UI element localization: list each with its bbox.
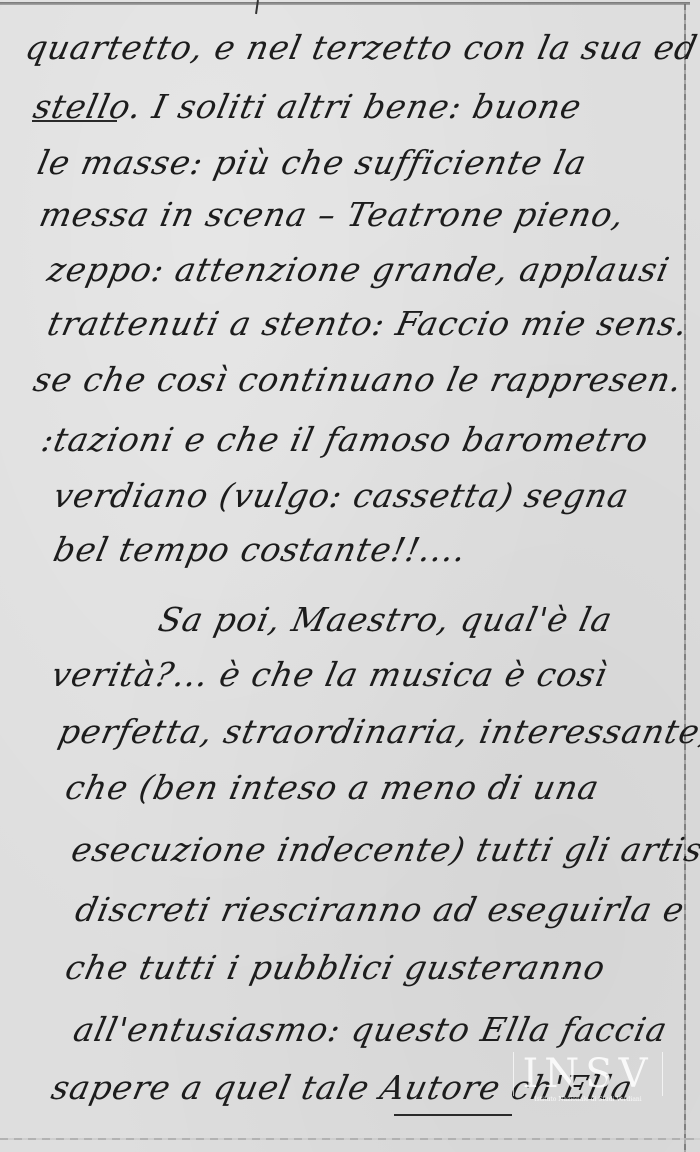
handwritten-line-14: che (ben inteso a meno di una bbox=[62, 768, 603, 807]
underline-autore bbox=[394, 1114, 512, 1116]
handwritten-line-7: se che così continuano le rappresen. bbox=[30, 360, 686, 399]
handwritten-line-18: all'entusiasmo: questo Ella faccia bbox=[70, 1010, 671, 1049]
handwritten-line-16: discreti riesciranno ad eseguirla e bbox=[72, 890, 688, 929]
handwritten-line-8: :tazioni e che il famoso barometro bbox=[38, 420, 652, 459]
underline-stello bbox=[32, 120, 117, 122]
institute-watermark: INSV Istituto Nazionale di Studi Verdian… bbox=[513, 1052, 663, 1122]
handwritten-line-1: quartetto, e nel terzetto con la sua ed bbox=[22, 28, 700, 67]
handwritten-line-17: che tutti i pubblici gusteranno bbox=[62, 948, 609, 987]
handwritten-line-4: messa in scena – Teatrone pieno, bbox=[36, 195, 628, 234]
watermark-logo-letters: INSV bbox=[513, 1052, 663, 1096]
page-right-edge bbox=[684, 4, 686, 1152]
handwritten-line-12: verità?... è che la musica è così bbox=[48, 655, 611, 694]
handwritten-line-15: esecuzione indecente) tutti gli artisti bbox=[68, 830, 700, 869]
page-bottom-edge bbox=[0, 1138, 700, 1140]
handwritten-line-5: zeppo: attenzione grande, applausi bbox=[44, 250, 673, 289]
handwritten-line-3: le masse: più che sufficiente la bbox=[34, 143, 591, 182]
handwritten-line-11: Sa poi, Maestro, qual'è la bbox=[155, 600, 616, 639]
handwritten-line-9: verdiano (vulgo: cassetta) segna bbox=[50, 476, 633, 515]
handwritten-line-13: perfetta, straordinaria, interessante, bbox=[55, 712, 700, 751]
letter-page: quartetto, e nel terzetto con la sua ed … bbox=[0, 0, 700, 1152]
handwritten-line-6: trattenuti a stento: Faccio mie sens. bbox=[44, 304, 692, 343]
handwritten-line-10: bel tempo costante!!.... bbox=[50, 530, 470, 569]
page-top-mark bbox=[255, 0, 259, 14]
watermark-subtitle: Istituto Nazionale di Studi Verdiani bbox=[513, 1096, 663, 1104]
page-top-edge bbox=[0, 2, 690, 5]
